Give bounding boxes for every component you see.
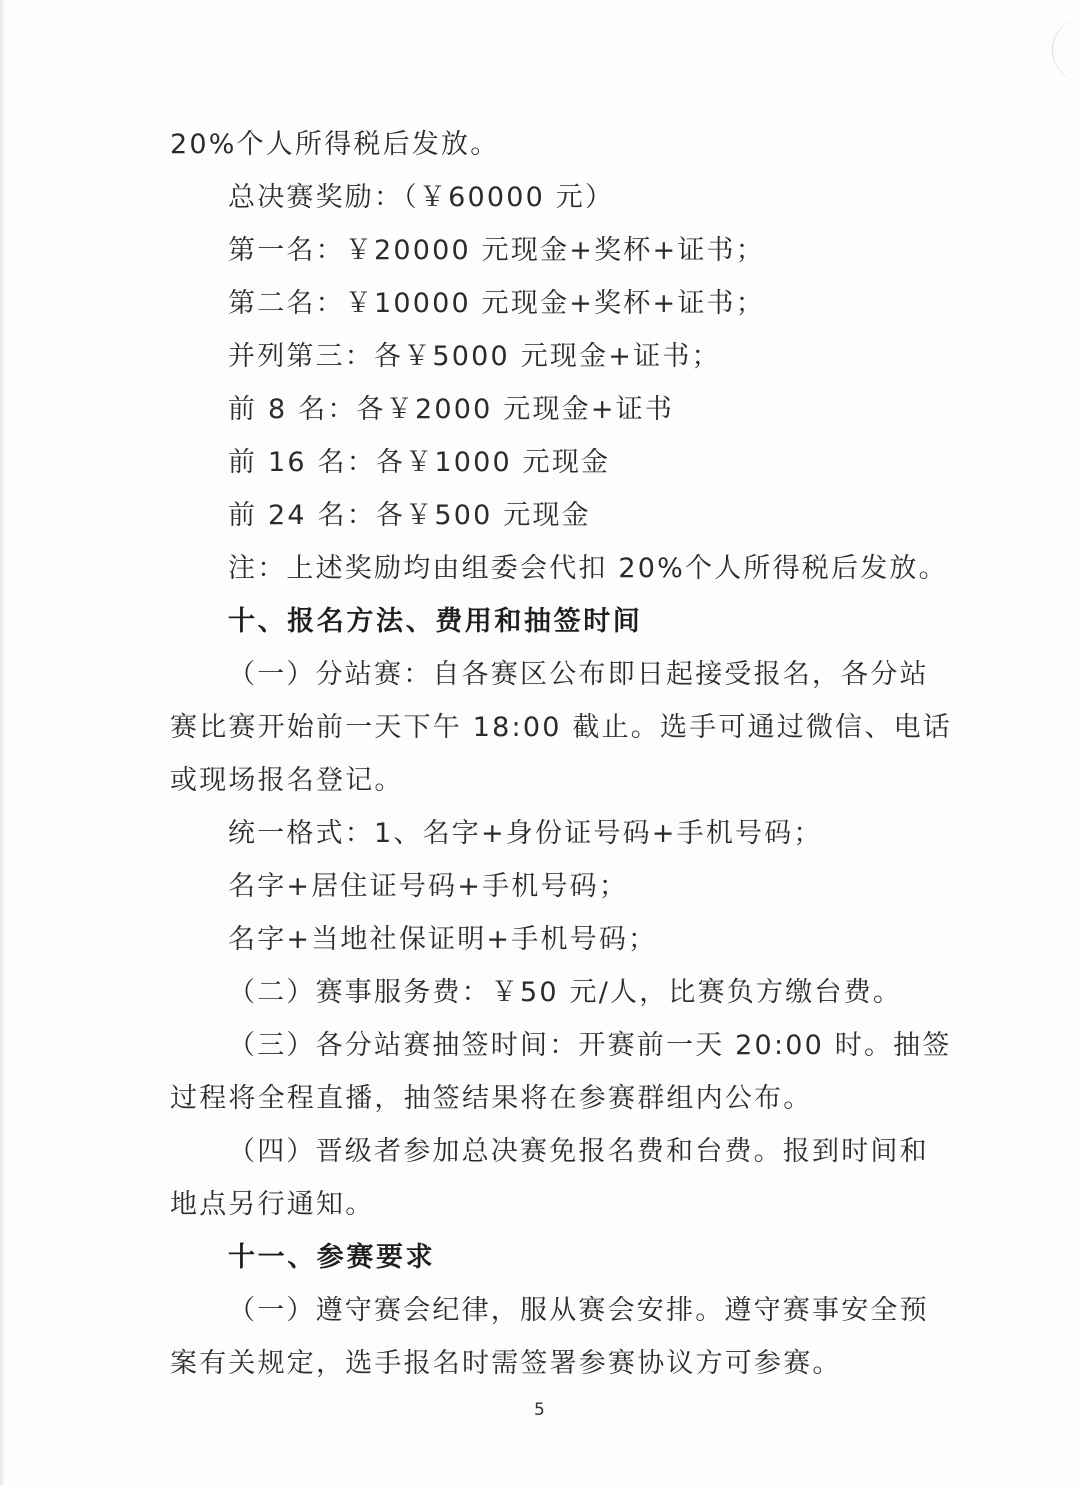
section-heading-requirements: 十一、参赛要求 — [228, 1241, 435, 1275]
text-line-format-1: 统一格式：1、名字+身份证号码+手机号码； — [228, 817, 823, 851]
text-line-final-prize-total: 总决赛奖励：（￥60000 元） — [228, 181, 614, 215]
text-line-service-fee: （二）赛事服务费：￥50 元/人，比赛负方缴台费。 — [228, 976, 902, 1010]
text-line-stage-registration: （一）分站赛：自各赛区公布即日起接受报名，各分站 — [228, 658, 929, 692]
text-line-discipline-cont: 案有关规定，选手报名时需签署参赛协议方可参赛。 — [170, 1347, 842, 1381]
document-page: 20%个人所得税后发放。 总决赛奖励：（￥60000 元） 第一名：￥20000… — [0, 0, 1080, 1485]
text-line-top-8: 前 8 名：各￥2000 元现金+证书 — [228, 393, 674, 427]
text-line-discipline: （一）遵守赛会纪律，服从赛会安排。遵守赛事安全预 — [228, 1294, 929, 1328]
text-line-joint-third: 并列第三：各￥5000 元现金+证书； — [228, 340, 721, 374]
section-heading-registration: 十、报名方法、费用和抽签时间 — [228, 605, 642, 639]
text-line-draw-time-cont: 过程将全程直播，抽签结果将在参赛群组内公布。 — [170, 1082, 812, 1116]
page-curl-mark — [1052, 18, 1080, 82]
text-line-draw-time: （三）各分站赛抽签时间：开赛前一天 20:00 时。抽签 — [228, 1029, 952, 1063]
text-line-format-3: 名字+当地社保证明+手机号码； — [228, 923, 657, 957]
text-line-format-2: 名字+居住证号码+手机号码； — [228, 870, 628, 904]
text-line-finals-exemption: （四）晋级者参加总决赛免报名费和台费。报到时间和 — [228, 1135, 929, 1169]
text-line-top-24: 前 24 名：各￥500 元现金 — [228, 499, 591, 533]
text-line-tax-note: 注：上述奖励均由组委会代扣 20%个人所得税后发放。 — [228, 552, 948, 586]
text-line-top-16: 前 16 名：各￥1000 元现金 — [228, 446, 610, 480]
text-line-first-place: 第一名：￥20000 元现金+奖杯+证书； — [228, 234, 765, 268]
page-edge-shadow — [0, 0, 5, 1485]
text-line-stage-registration-cont: 赛比赛开始前一天下午 18:00 截止。选手可通过微信、电话 — [170, 711, 952, 745]
text-line-stage-registration-end: 或现场报名登记。 — [170, 764, 404, 798]
page-number: 5 — [534, 1400, 545, 1420]
text-line-finals-exemption-cont: 地点另行通知。 — [170, 1188, 374, 1222]
text-line-second-place: 第二名：￥10000 元现金+奖杯+证书； — [228, 287, 765, 321]
text-line-tax-note-continued: 20%个人所得税后发放。 — [170, 128, 499, 162]
